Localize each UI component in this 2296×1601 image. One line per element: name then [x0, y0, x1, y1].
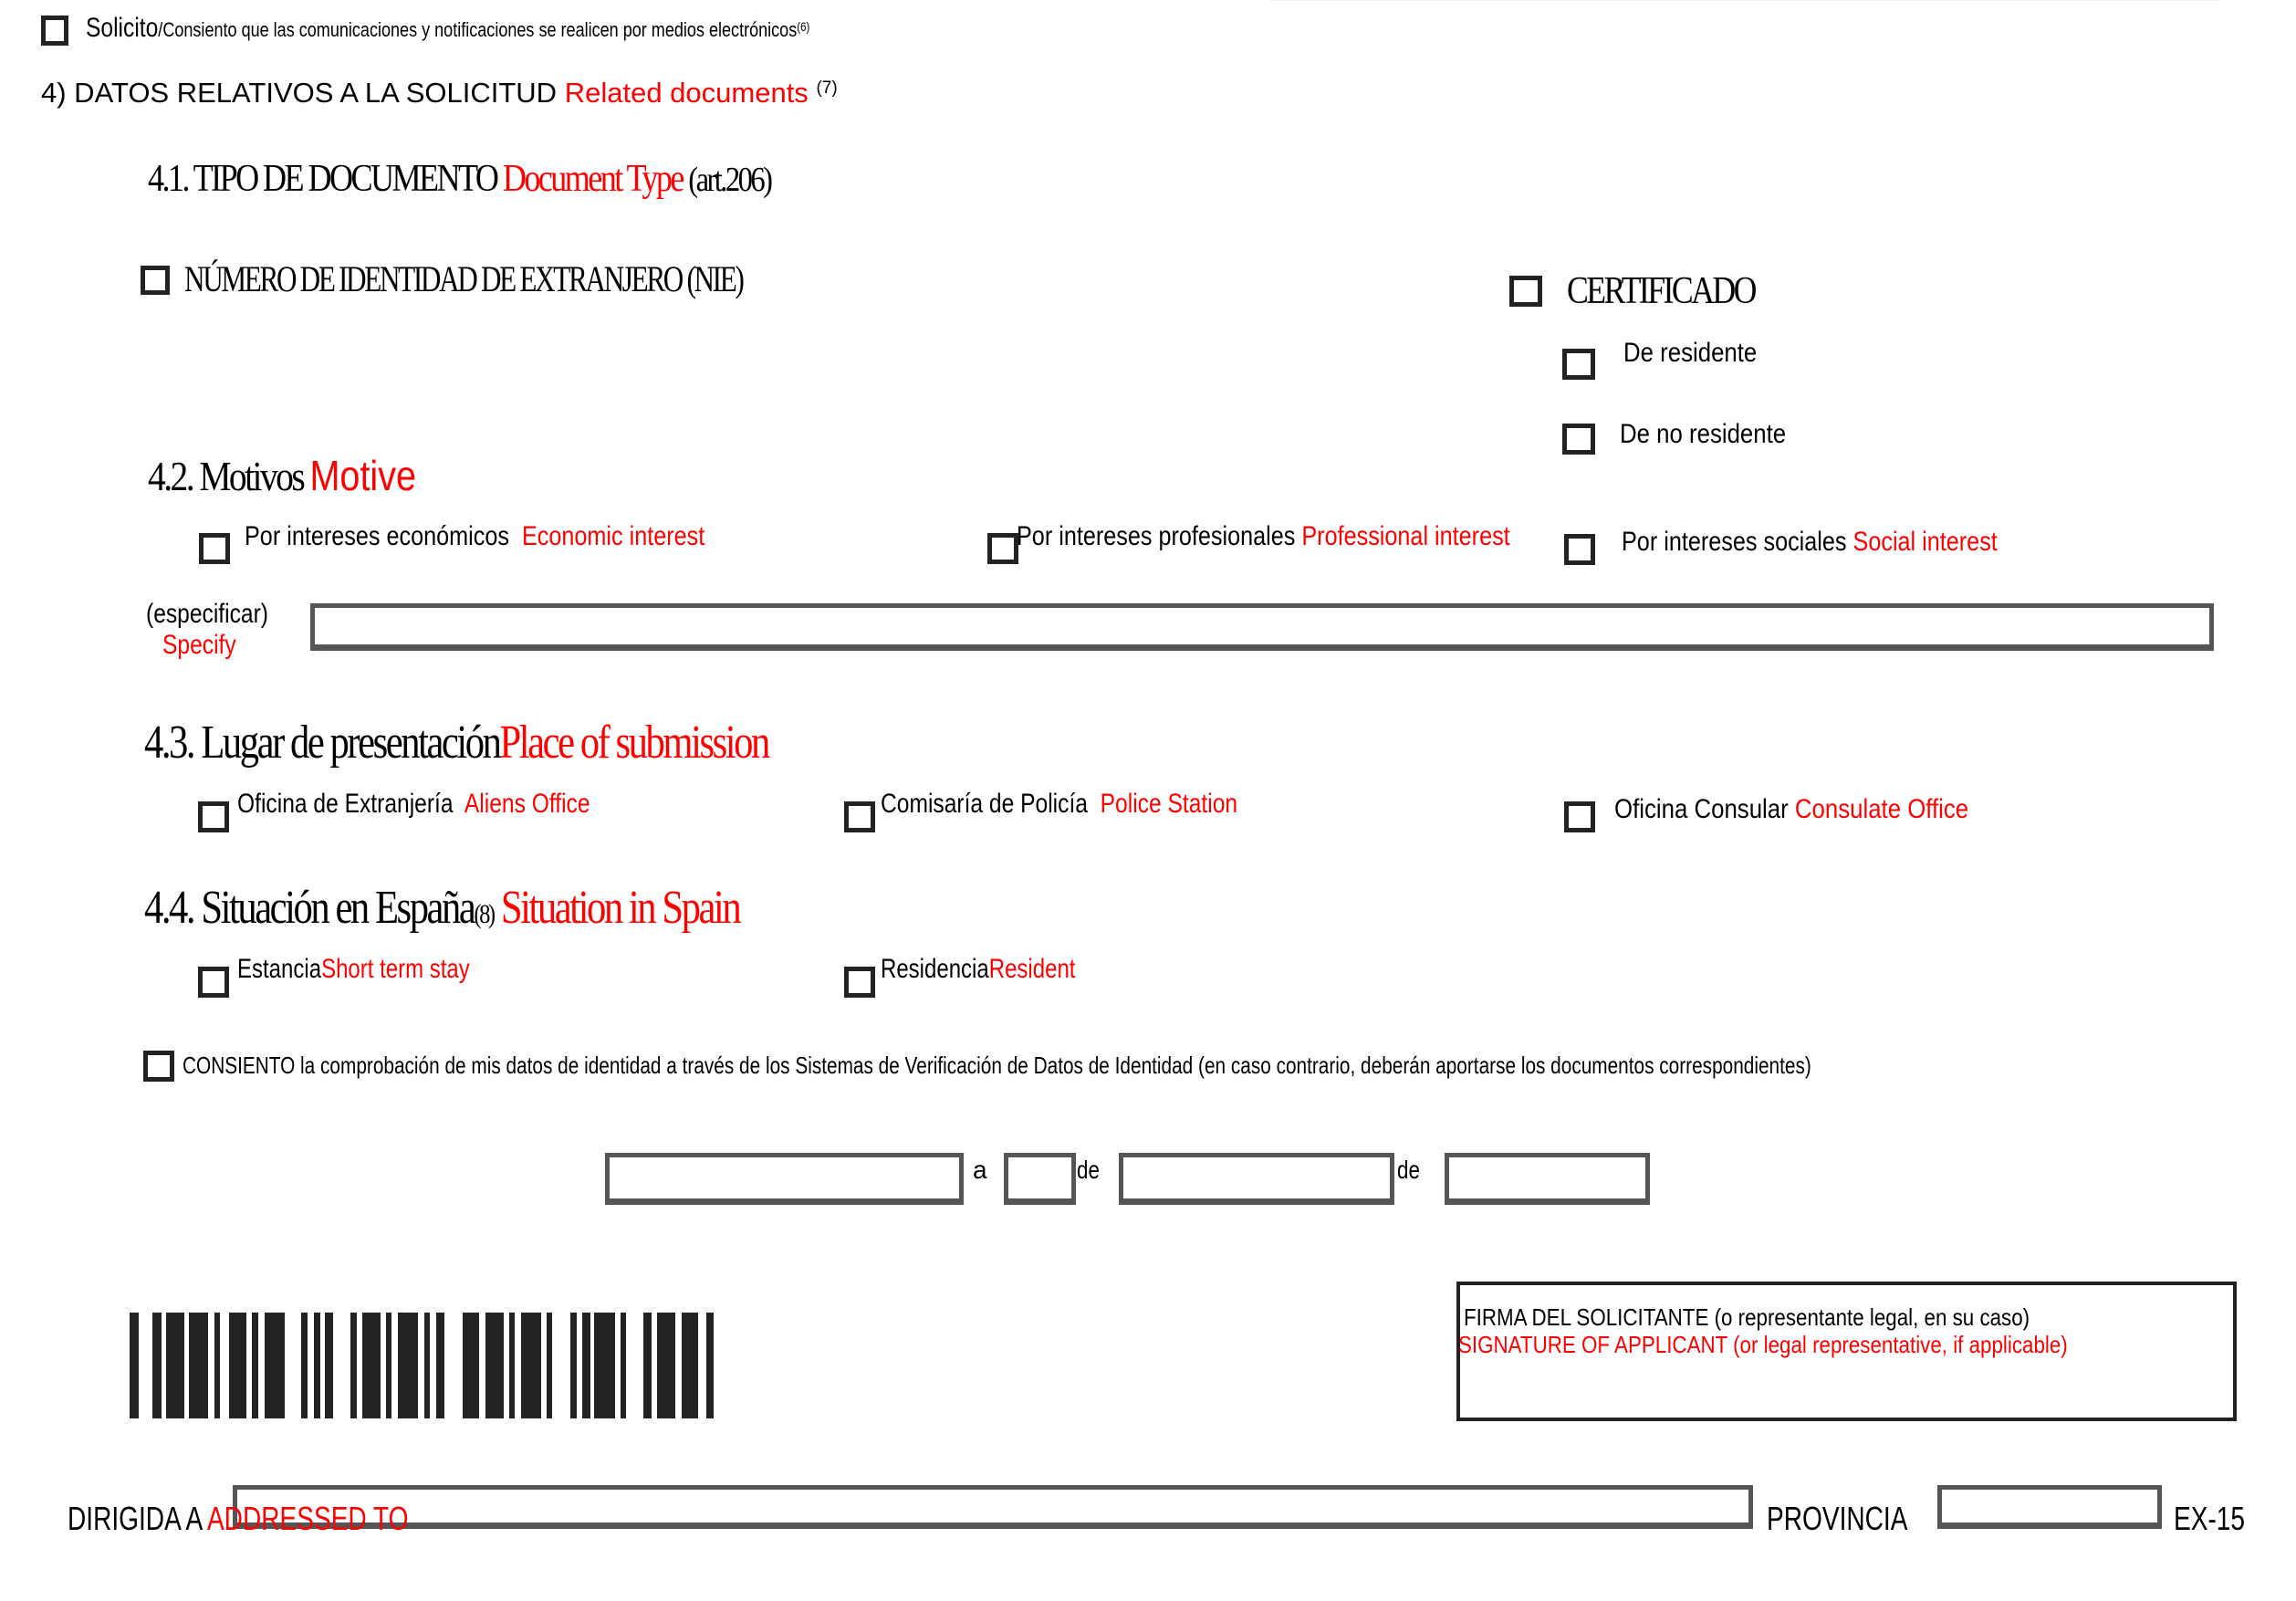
barcode-bar — [485, 1313, 503, 1418]
date-month-input[interactable] — [1119, 1153, 1394, 1205]
barcode-bar — [682, 1313, 698, 1418]
consent-identity-label: CONSIENTO la comprobación de mis datos d… — [183, 1052, 2218, 1080]
s43-title: 4.3. Lugar de presentación — [144, 717, 500, 769]
motive-professional-en: Professional interest — [1301, 521, 1509, 551]
specify-label-es: (especificar) — [146, 599, 268, 630]
place-aliens-office-label: Oficina de Extranjería Aliens Office — [237, 789, 667, 820]
s41-heading: 4.1. TIPO DE DOCUMENTO Document Type (ar… — [148, 157, 872, 201]
barcode-bar — [706, 1313, 714, 1418]
barcode-bar — [594, 1313, 615, 1418]
motive-social-label: Por intereses sociales Social interest — [1622, 527, 2069, 558]
barcode-bar — [252, 1313, 257, 1418]
section4-title-es: 4) DATOS RELATIVOS A LA SOLICITUD — [41, 77, 557, 109]
barcode-bar — [621, 1313, 626, 1418]
place-aliens-office-en: Aliens Office — [464, 789, 590, 819]
barcode-bar — [166, 1313, 184, 1418]
date-year-input[interactable] — [1445, 1153, 1650, 1205]
date-day-input[interactable] — [1004, 1153, 1076, 1205]
consent-electronic-checkbox[interactable] — [41, 16, 68, 46]
motive-social-checkbox[interactable] — [1564, 534, 1595, 565]
province-input[interactable] — [1937, 1485, 2162, 1529]
barcode-bar — [265, 1313, 285, 1418]
place-consulate-label: Oficina Consular Consulate Office — [1614, 794, 2026, 825]
consent-identity-checkbox[interactable] — [143, 1051, 174, 1082]
place-aliens-office-es: Oficina de Extranjería — [237, 789, 454, 819]
barcode-bar — [362, 1313, 381, 1418]
specify-input[interactable] — [310, 603, 2214, 651]
place-consulate-checkbox[interactable] — [1564, 801, 1595, 832]
s41-ref: (art.206) — [688, 161, 770, 199]
s42-title-en: Motive — [309, 452, 416, 499]
situation-resident-es: Residencia — [881, 954, 989, 984]
barcode-bar — [214, 1313, 219, 1418]
s44-heading: 4.4. Situación en España(8) Situation in… — [144, 881, 870, 935]
barcode-bar — [521, 1313, 540, 1418]
motive-professional-checkbox[interactable] — [987, 533, 1018, 564]
motive-economic-label: Por intereses económicos Economic intere… — [245, 521, 792, 552]
barcode-icon — [130, 1313, 714, 1418]
motive-professional-es: Por intereses profesionales — [1017, 521, 1295, 551]
barcode-bar — [229, 1313, 246, 1418]
barcode-bar — [398, 1313, 417, 1418]
place-consulate-en: Consulate Office — [1795, 794, 1968, 824]
consent-identity-text: CONSIENTO la comprobación de mis datos d… — [183, 1052, 1811, 1080]
cert-residente-label: De residente — [1623, 338, 1779, 369]
form-code: EX-15 — [2174, 1500, 2265, 1538]
barcode-bar — [130, 1313, 139, 1418]
barcode-bar — [509, 1313, 515, 1418]
place-police-station-checkbox[interactable] — [844, 801, 875, 832]
consent-electronic-note: (6) — [797, 19, 809, 34]
barcode-bar — [643, 1313, 651, 1418]
barcode-bar — [570, 1313, 578, 1418]
consent-electronic-label: Solicito/Consiento que las comunicacione… — [86, 13, 968, 44]
motive-economic-checkbox[interactable] — [199, 533, 230, 564]
barcode-bar — [301, 1313, 308, 1418]
barcode-bar — [189, 1313, 208, 1418]
situation-stay-checkbox[interactable] — [198, 967, 229, 998]
certificado-checkbox[interactable] — [1509, 276, 1542, 307]
section4-title-en: Related documents — [565, 77, 809, 109]
s42-heading: 4.2. Motivos Motive — [148, 451, 460, 500]
cert-no-residente-text: De no residente — [1620, 419, 1786, 450]
cert-no-residente-label: De no residente — [1620, 419, 1813, 450]
date-sep-de-1: de — [1077, 1156, 1105, 1185]
barcode-bar — [582, 1313, 590, 1418]
cert-residente-checkbox[interactable] — [1562, 349, 1595, 380]
situation-resident-checkbox[interactable] — [844, 967, 875, 998]
s43-title-en: Place of submission — [500, 717, 768, 769]
barcode-bar — [547, 1313, 552, 1418]
signature-label-en: SIGNATURE OF APPLICANT (or legal represe… — [1458, 1331, 2166, 1359]
motive-economic-es: Por intereses económicos — [245, 521, 509, 551]
barcode-bar — [386, 1313, 391, 1418]
s44-title: 4.4. Situación en España — [144, 882, 474, 934]
specify-label-en: Specify — [162, 630, 252, 661]
motive-social-en: Social interest — [1853, 527, 1998, 557]
section4-title: 4) DATOS RELATIVOS A LA SOLICITUD Relate… — [41, 77, 838, 110]
motive-social-es: Por intereses sociales — [1622, 527, 1847, 557]
barcode-bar — [463, 1313, 480, 1418]
situation-stay-en: Short term stay — [321, 954, 470, 984]
province-label: PROVINCIA — [1767, 1500, 1947, 1538]
signature-label: FIRMA DEL SOLICITANTE (o representante l… — [1464, 1303, 2122, 1332]
nie-label: NÚMERO DE IDENTIDAD DE EXTRANJERO (NIE) — [184, 257, 900, 300]
situation-resident-en: Resident — [989, 954, 1076, 984]
place-police-station-es: Comisaría de Policía — [881, 789, 1088, 819]
consent-electronic-text: /Consiento que las comunicaciones y noti… — [158, 18, 797, 41]
barcode-bar — [152, 1313, 162, 1418]
place-police-station-label: Comisaría de Policía Police Station — [881, 789, 1316, 820]
s41-title: 4.1. TIPO DE DOCUMENTO — [148, 158, 496, 200]
barcode-bar — [314, 1313, 319, 1418]
situation-resident-label: ResidenciaResident — [881, 954, 1124, 985]
cert-residente-text: De residente — [1623, 338, 1757, 369]
s42-title: 4.2. Motivos — [148, 453, 303, 499]
cert-no-residente-checkbox[interactable] — [1562, 424, 1595, 455]
barcode-bar — [325, 1313, 333, 1418]
s41-title-en: Document Type — [503, 158, 683, 200]
section4-note: (7) — [816, 78, 837, 98]
situation-stay-label: EstanciaShort term stay — [237, 954, 527, 985]
certificado-label: CERTIFICADO — [1567, 269, 1788, 313]
s44-note: (8) — [474, 899, 493, 929]
motive-professional-label: Por intereses profesionales Professional… — [1017, 521, 1604, 552]
nie-label-text: NÚMERO DE IDENTIDAD DE EXTRANJERO (NIE) — [184, 257, 743, 300]
place-aliens-office-checkbox[interactable] — [198, 801, 229, 832]
date-sep-a: a — [973, 1156, 987, 1185]
date-sep-de-2: de — [1397, 1156, 1425, 1185]
signature-label-es: FIRMA DEL SOLICITANTE (o representante l… — [1464, 1303, 2030, 1332]
addressed-label: DIRIGIDA A ADDRESSED TO — [68, 1500, 505, 1538]
barcode-bar — [436, 1313, 444, 1418]
motive-economic-en: Economic interest — [522, 521, 704, 551]
s43-heading: 4.3. Lugar de presentaciónPlace of submi… — [144, 716, 905, 769]
addressed-label-en: ADDRESSED TO — [207, 1500, 409, 1537]
barcode-bar — [657, 1313, 675, 1418]
place-consulate-es: Oficina Consular — [1614, 794, 1789, 824]
nie-checkbox[interactable] — [141, 266, 170, 295]
consent-electronic-lead: Solicito — [86, 13, 158, 43]
addressed-label-es: DIRIGIDA A — [68, 1500, 202, 1537]
top-divider — [1268, 0, 2218, 1]
date-place-input[interactable] — [605, 1153, 964, 1205]
specify-label: (especificar) — [146, 599, 295, 630]
s44-title-en: Situation in Spain — [501, 882, 739, 934]
barcode-bar — [424, 1313, 430, 1418]
barcode-bar — [350, 1313, 357, 1418]
situation-stay-es: Estancia — [237, 954, 321, 984]
place-police-station-en: Police Station — [1101, 789, 1237, 819]
certificado-label-text: CERTIFICADO — [1567, 269, 1755, 313]
